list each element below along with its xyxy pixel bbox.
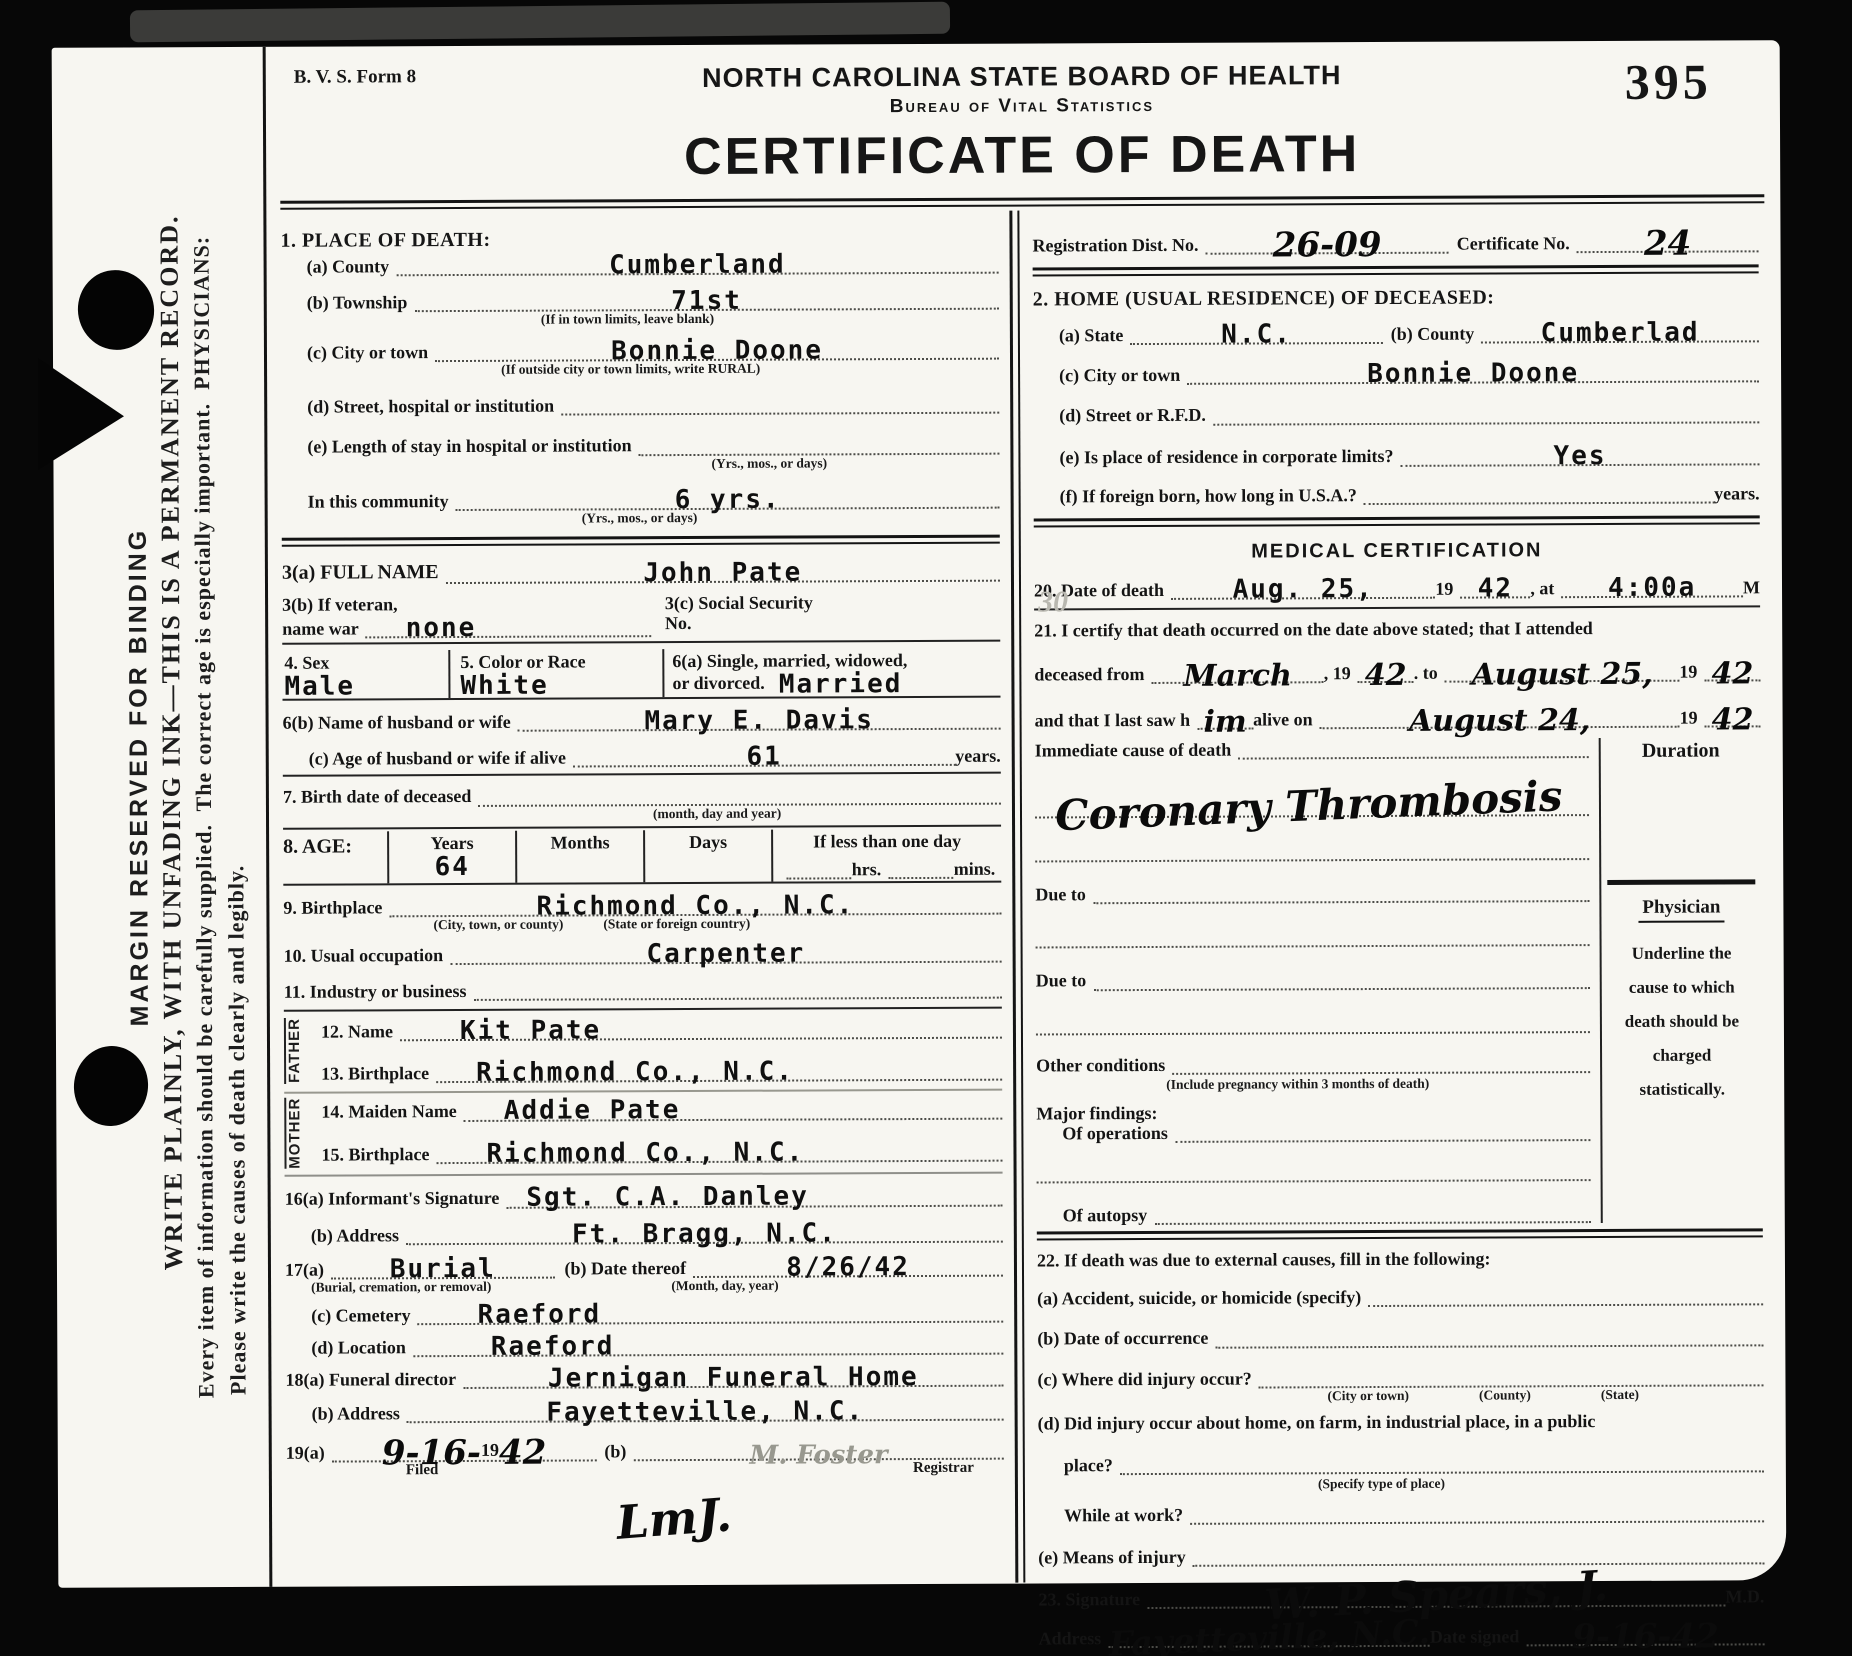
- other-conditions-note: (Include pregnancy within 3 months of de…: [1166, 1075, 1590, 1093]
- age-years-label: Years: [393, 832, 511, 853]
- form-header: B. V. S. Form 8 NORTH CAROLINA STATE BOA…: [280, 48, 1765, 200]
- registration-row: Registration Dist. No. 26-09 Certificate…: [1032, 223, 1758, 255]
- external-d-note: (Specify type of place): [1318, 1474, 1764, 1492]
- death-year-line: 42: [1460, 574, 1530, 598]
- certificate-no-label: Certificate No.: [1457, 233, 1570, 254]
- operations-row: Of operations: [1036, 1121, 1590, 1144]
- informant-row: 16(a) Informant's Signature Sgt. C.A. Da…: [285, 1182, 1003, 1209]
- occupation-label: 10. Usual occupation: [284, 945, 444, 966]
- last-saw-him: im: [1204, 711, 1247, 735]
- location-line: Raeford: [413, 1330, 1004, 1357]
- burial-date-line: 8/26/42: [693, 1252, 1003, 1277]
- full-name-label: 3(a) FULL NAME: [282, 561, 439, 584]
- birthplace-value: Richmond Co., N.C.: [536, 894, 854, 917]
- other-conditions-line: [1172, 1066, 1590, 1075]
- attended-to-value: August 25,: [1471, 663, 1652, 688]
- margin-physicians-text: Every item of information should be care…: [188, 55, 221, 1579]
- external-d-label: (d) Did injury occur about home, on farm…: [1038, 1410, 1764, 1433]
- veteran-label: 3(b) If veteran,: [282, 593, 651, 615]
- means-of-injury-line: [1193, 1558, 1765, 1567]
- ssn-label2: No.: [665, 612, 1000, 634]
- date-of-death-value: Aug. 25,: [1232, 578, 1373, 601]
- attended-from-row: deceased from March , 19 42 . to August …: [1034, 655, 1760, 684]
- street-row: (d) Street, hospital or institution: [281, 394, 999, 417]
- home-city-value: Bonnie Doone: [1367, 362, 1579, 385]
- certificate-no-value: 24: [1644, 231, 1691, 258]
- last-saw-value: August 24,: [1409, 709, 1590, 734]
- last-saw-year-line: 42: [1705, 701, 1761, 727]
- margin-binding-text: MARGIN RESERVED FOR BINDING: [123, 427, 155, 1127]
- spouse-age-value: 61: [746, 746, 781, 768]
- last-saw-label2: alive on: [1253, 709, 1313, 729]
- registration-dist-label: Registration Dist. No.: [1032, 235, 1198, 256]
- spouse-row: 6(b) Name of husband or wife Mary E. Dav…: [283, 706, 1001, 733]
- veteran-value: none: [406, 617, 477, 639]
- birthplace-label: 9. Birthplace: [283, 897, 382, 918]
- last-saw-line: August 24,: [1320, 702, 1680, 730]
- immediate-cause-label: Immediate cause of death: [1035, 740, 1232, 761]
- age-mins-label: mins.: [954, 858, 996, 878]
- spouse-age-label: (c) Age of husband or wife if alive: [283, 748, 566, 769]
- while-at-work-label: While at work?: [1038, 1505, 1183, 1526]
- corporate-label: (e) Is place of residence in corporate l…: [1033, 446, 1393, 468]
- external-heading: 22. If death was due to external causes,…: [1037, 1247, 1763, 1270]
- ssn-label: 3(c) Social Security: [665, 591, 1000, 613]
- father-name-line: Kit Pate: [400, 1015, 1002, 1042]
- sex-value: Male: [284, 675, 442, 698]
- filed-label: 19(a): [286, 1443, 325, 1463]
- last-saw-19: 19: [1680, 707, 1698, 727]
- informant-label: 16(a) Informant's Signature: [285, 1188, 500, 1209]
- external-c-row: (c) Where did injury occur?: [1037, 1366, 1763, 1389]
- external-a-label: (a) Accident, suicide, or homicide (spec…: [1037, 1287, 1361, 1309]
- county-value: Cumberland: [609, 254, 786, 277]
- registrar-sublabel: Registrar: [913, 1460, 974, 1477]
- race-block: 5. Color or Race White: [448, 649, 662, 698]
- physician-label: Physician: [1638, 897, 1724, 923]
- township-row: (b) Township 71st: [281, 286, 999, 313]
- foreign-label: (f) If foreign born, how long in U.S.A.?: [1034, 485, 1357, 507]
- street-line: [561, 407, 999, 416]
- physician-signature-label: 23. Signature: [1038, 1589, 1140, 1610]
- cemetery-row: (c) Cemetery Raeford: [285, 1298, 1003, 1325]
- cause-blank-line3: [1036, 989, 1590, 1035]
- column-divider: [1009, 211, 1025, 1583]
- external-a-row: (a) Accident, suicide, or homicide (spec…: [1037, 1286, 1763, 1309]
- burial-row: 17(a) Burial (b) Date thereof 8/26/42: [285, 1252, 1003, 1279]
- marital-label2: or divorced.: [672, 673, 764, 694]
- cemetery-label: (c) Cemetery: [285, 1305, 411, 1326]
- physician-rule: [1607, 880, 1755, 886]
- home-street-label: (d) Street or R.F.D.: [1033, 405, 1206, 426]
- father-birthplace-value: Richmond Co., N.C.: [476, 1061, 794, 1084]
- section11-rule: [284, 1007, 1002, 1012]
- director-row: 18(a) Funeral director Jernigan Funeral …: [285, 1363, 1003, 1390]
- means-of-injury-label: (e) Means of injury: [1038, 1547, 1186, 1568]
- date-signed-line: 9-16-42: [1526, 1616, 1764, 1646]
- foreign-suffix: years.: [1714, 483, 1760, 503]
- community-note: (Yrs., mos., or days): [582, 508, 1000, 526]
- page-number-stamp: 395: [1625, 53, 1712, 111]
- left-column: 1. PLACE OF DEATH: (a) County Cumberland…: [280, 211, 1010, 1586]
- section3-rule: [282, 640, 1000, 645]
- sex-label: 4. Sex: [284, 652, 442, 673]
- date-signed-handwritten: 9-16-42: [1572, 1623, 1719, 1651]
- cemetery-value: Raeford: [478, 1303, 602, 1326]
- location-row: (d) Location Raeford: [285, 1330, 1003, 1357]
- home-county-line: Cumberlad: [1481, 319, 1759, 344]
- informant-value: Sgt. C.A. Danley: [526, 1186, 809, 1209]
- county-row: (a) County Cumberland: [281, 250, 999, 277]
- age-table: 8. AGE: Years 64 Months Days If less tha…: [283, 828, 1001, 883]
- mother-name-value: Addie Pate: [504, 1100, 681, 1123]
- corporate-row: (e) Is place of residence in corporate l…: [1033, 441, 1759, 468]
- last-saw-him-line: im: [1197, 704, 1253, 730]
- industry-row: 11. Industry or business: [284, 979, 1002, 1002]
- spouse-age-row: (c) Age of husband or wife if alive 61 y…: [283, 742, 1001, 769]
- mother-birthplace-value: Richmond Co., N.C.: [486, 1141, 804, 1164]
- mother-rows: 14. Maiden Name Addie Pate 15. Birthplac…: [311, 1095, 1002, 1169]
- township-value: 71st: [671, 290, 742, 312]
- bureau-title: Bureau of Vital Statistics: [280, 92, 1764, 120]
- last-saw-label: and that I last saw h: [1035, 710, 1191, 731]
- attended-from-line: March: [1151, 657, 1323, 684]
- external-b-line: [1215, 1339, 1763, 1348]
- registrar-initials-handwritten: LmJ.: [615, 1476, 1005, 1541]
- registration-dist-value: 26-09: [1273, 232, 1382, 260]
- age-less-label: If less than one day: [779, 830, 995, 851]
- mother-birthplace-row: 15. Birthplace Richmond Co., N.C.: [321, 1137, 1002, 1164]
- form-columns: 1. PLACE OF DEATH: (a) County Cumberland…: [280, 207, 1770, 1585]
- registrar-signature: M. Foster: [749, 1445, 887, 1466]
- mother-group: MOTHER 14. Maiden Name Addie Pate 15. Bi…: [284, 1089, 1002, 1169]
- place-of-death-heading: 1. PLACE OF DEATH:: [280, 227, 998, 253]
- burial-value: Burial: [390, 1258, 496, 1281]
- veteran-value-row: name war none: [282, 613, 651, 639]
- while-at-work-line: [1190, 1516, 1764, 1526]
- home-street-line: [1213, 416, 1759, 425]
- father-side-tab: FATHER: [284, 1018, 311, 1084]
- informant-address-line: Ft. Bragg, N.C.: [406, 1218, 1003, 1245]
- marital-value: Married: [779, 673, 903, 696]
- pod-city-line: Bonnie Doone: [435, 336, 999, 363]
- section21-rule: [1037, 1228, 1763, 1240]
- mother-birthplace-line: Richmond Co., N.C.: [436, 1137, 1002, 1164]
- immediate-cause-row: Immediate cause of death: [1035, 738, 1589, 761]
- mother-name-row: 14. Maiden Name Addie Pate: [321, 1095, 1002, 1122]
- registrar-line: M. Foster: [633, 1437, 1004, 1461]
- age-label-cell: 8. AGE:: [283, 831, 387, 884]
- duration-label: Duration: [1642, 740, 1720, 763]
- due-to-label2: Due to: [1036, 971, 1087, 991]
- stay-note: (Yrs., mos., or days): [711, 454, 999, 471]
- while-at-work-row: While at work?: [1038, 1502, 1764, 1525]
- industry-line: [474, 992, 1002, 1001]
- stay-label: (e) Length of stay in hospital or instit…: [281, 436, 631, 458]
- marital-value-row: or divorced. Married: [672, 670, 994, 693]
- external-c-note2: (County): [1479, 1387, 1531, 1403]
- age-hrs-mins-row: hrs. mins.: [779, 858, 995, 879]
- underline-note: Underline the cause to which death shoul…: [1612, 937, 1753, 1108]
- last-saw-row: and that I last saw h im alive on August…: [1035, 701, 1761, 730]
- birth-date-row: 7. Birth date of deceased: [283, 784, 1001, 807]
- street-label: (d) Street, hospital or institution: [281, 396, 554, 417]
- pod-city-label: (c) City or town: [281, 342, 428, 363]
- due-to-row2: Due to: [1036, 968, 1590, 991]
- filed-line: 9-16-1942: [332, 1433, 597, 1463]
- death-time-value: 4:00a: [1608, 576, 1696, 598]
- certificate-form: B. V. S. Form 8 NORTH CAROLINA STATE BOA…: [266, 40, 1787, 1587]
- community-label: In this community: [282, 491, 449, 512]
- home-state-label: (a) State: [1033, 325, 1124, 346]
- external-b-label: (b) Date of occurrence: [1037, 1328, 1208, 1349]
- home-county-value: Cumberlad: [1541, 322, 1700, 345]
- community-row: In this community 6 yrs.: [282, 484, 1000, 511]
- photo-top-smear: [130, 2, 950, 43]
- cause-duration-block: Immediate cause of death Coronary Thromb…: [1035, 737, 1763, 1225]
- age-years-value: 64: [393, 856, 511, 879]
- race-label: 5. Color or Race: [460, 651, 656, 672]
- stay-row: (e) Length of stay in hospital or instit…: [281, 434, 999, 457]
- section6-rule: [283, 772, 1001, 777]
- physician-address-row: Address Fayetteville, N.C. Date signed 9…: [1039, 1616, 1765, 1648]
- external-a-line: [1368, 1299, 1763, 1308]
- physician-address-label: Address: [1039, 1628, 1102, 1648]
- spouse-label: 6(b) Name of husband or wife: [283, 712, 511, 733]
- filed-row: 19(a) 9-16-1942 (b) M. Foster: [286, 1431, 1004, 1463]
- margin-permanent-record-text: WRITE PLAINLY, WITH UNFADING INK—THIS IS…: [154, 77, 190, 1407]
- external-d-label2: place?: [1038, 1455, 1113, 1475]
- full-name-value: John Pate: [643, 561, 802, 584]
- medical-heading-wrap: 30 MEDICAL CERTIFICATION: [1034, 538, 1760, 564]
- physician-address-line: Fayetteville, N.C.: [1108, 1618, 1430, 1649]
- director-address-line: Fayetteville, N.C.: [407, 1397, 1004, 1424]
- age-mins-line: [888, 872, 954, 879]
- location-value: Raeford: [491, 1335, 615, 1358]
- death-m-label: M: [1743, 577, 1760, 597]
- age-months-label: Months: [521, 832, 639, 853]
- race-value: White: [460, 674, 656, 697]
- filed-date-handwritten: 9-16-: [382, 1440, 481, 1468]
- pod-city-value: Bonnie Doone: [611, 340, 823, 363]
- filed-year-printed: 19: [481, 1440, 499, 1460]
- other-conditions-label: Other conditions: [1036, 1054, 1165, 1075]
- corporate-value: Yes: [1553, 445, 1606, 467]
- section1-rule: [282, 534, 1000, 546]
- home-city-row: (c) City or town Bonnie Doone: [1033, 359, 1759, 386]
- mother-birthplace-label: 15. Birthplace: [321, 1144, 429, 1165]
- birth-date-label: 7. Birth date of deceased: [283, 786, 472, 807]
- home-city-label: (c) City or town: [1033, 365, 1180, 386]
- birthplace-row: 9. Birthplace Richmond Co., N.C.: [283, 891, 1001, 918]
- cemetery-line: Raeford: [418, 1298, 1004, 1325]
- last-saw-year: 42: [1712, 708, 1754, 732]
- external-b-row: (b) Date of occurrence: [1037, 1326, 1763, 1349]
- external-d-row2: place?: [1038, 1452, 1764, 1475]
- burial-date-label: (b) Date thereof: [564, 1258, 686, 1279]
- filed-year-handwritten: 42: [499, 1440, 546, 1467]
- burial-date-value: 8/26/42: [786, 1256, 910, 1279]
- certify-text: 21. I certify that death occurred on the…: [1034, 617, 1760, 640]
- foreign-row: (f) If foreign born, how long in U.S.A.?…: [1034, 483, 1760, 506]
- home-rule: [1034, 515, 1760, 527]
- veteran-line: none: [366, 613, 651, 638]
- home-heading: 2. HOME (USUAL RESIDENCE) OF DECEASED:: [1033, 286, 1759, 312]
- physician-address-handwritten: Fayetteville, N.C.: [1108, 1619, 1430, 1656]
- age-hrs-label: hrs.: [852, 859, 882, 879]
- marital-label: 6(a) Single, married, widowed,: [672, 650, 994, 672]
- spouse-age-suffix: years.: [955, 746, 1001, 766]
- community-value: 6 yrs.: [675, 488, 781, 511]
- attended-comma19a: , 19: [1324, 663, 1351, 683]
- attended-from-year: 42: [1365, 664, 1407, 688]
- director-value: Jernigan Funeral Home: [548, 1366, 919, 1390]
- cause-blank-line2: [1035, 902, 1589, 948]
- other-conditions-row: Other conditions: [1036, 1053, 1590, 1076]
- mother-name-line: Addie Pate: [464, 1095, 1003, 1121]
- registration-dist-line: 26-09: [1205, 225, 1448, 255]
- spouse-line: Mary E. Davis: [518, 706, 1001, 732]
- death-time-line: 4:00a: [1561, 573, 1743, 598]
- father-name-value: Kit Pate: [460, 1020, 601, 1043]
- mother-side-tab: MOTHER: [284, 1098, 311, 1169]
- external-c-note1: (City or town): [1328, 1388, 1410, 1404]
- certificate-title: CERTIFICATE OF DEATH: [280, 122, 1764, 188]
- attended-from-value: March: [1183, 664, 1292, 688]
- burial-label: 17(a): [285, 1259, 324, 1279]
- cause-hw-line: Coronary Thrombosis: [1035, 758, 1589, 818]
- operations-blank-line: [1036, 1141, 1590, 1183]
- director-label: 18(a) Funeral director: [285, 1369, 456, 1390]
- home-city-line: Bonnie Doone: [1187, 359, 1759, 386]
- attended-to-label: . to: [1414, 663, 1438, 683]
- autopsy-row: Of autopsy: [1037, 1203, 1591, 1226]
- veteran-label2: name war: [282, 618, 359, 638]
- informant-address-label: (b) Address: [285, 1225, 399, 1246]
- filed-b-label: (b): [604, 1441, 626, 1461]
- cause-block: Immediate cause of death Coronary Thromb…: [1035, 738, 1601, 1226]
- father-birthplace-row: 13. Birthplace Richmond Co., N.C.: [321, 1057, 1002, 1084]
- community-line: 6 yrs.: [456, 484, 1000, 510]
- major-findings-label: Major findings:: [1036, 1101, 1590, 1124]
- veteran-block: 3(b) If veteran, name war none: [282, 593, 651, 639]
- occupation-row: 10. Usual occupation Carpenter: [284, 939, 1002, 966]
- father-rows: 12. Name Kit Pate 13. Birthplace Richmon…: [311, 1015, 1002, 1084]
- father-name-row: 12. Name Kit Pate: [321, 1015, 1002, 1042]
- sex-race-marital-row: 4. Sex Male 5. Color or Race White 6(a) …: [282, 648, 1000, 699]
- occupation-line: Carpenter: [450, 939, 1002, 965]
- external-d-line: [1120, 1465, 1764, 1475]
- burial-date-note: (Month, day, year): [671, 1277, 778, 1293]
- sex-block: 4. Sex Male: [282, 650, 448, 699]
- attended-from-label: deceased from: [1034, 664, 1144, 685]
- township-label: (b) Township: [281, 292, 408, 313]
- age-label: 8. AGE:: [283, 835, 352, 857]
- spouse-value: Mary E. Davis: [644, 709, 874, 732]
- township-note: (If in town limits, leave blank): [541, 310, 999, 328]
- father-name-label: 12. Name: [321, 1022, 393, 1042]
- physician-signature-line: W. P. Spears, J.: [1147, 1571, 1725, 1609]
- attended-to-year: 42: [1711, 662, 1753, 686]
- father-group: FATHER 12. Name Kit Pate 13. Birthplace …: [284, 1015, 1002, 1084]
- md-label: M.D.: [1725, 1586, 1764, 1606]
- certificate-no-line: 24: [1577, 223, 1759, 253]
- external-c-note3: (State): [1601, 1387, 1639, 1403]
- occupation-value: Carpenter: [646, 943, 805, 966]
- date-of-death-row: 20. Date of death Aug. 25, 19 42 , at 4:…: [1034, 573, 1760, 600]
- director-address-row: (b) Address Fayetteville, N.C.: [286, 1397, 1004, 1424]
- autopsy-line: [1154, 1216, 1591, 1225]
- attended-to-line: August 25,: [1445, 656, 1680, 683]
- informant-line: Sgt. C.A. Danley: [506, 1182, 1002, 1208]
- spouse-age-line: 61: [573, 742, 955, 768]
- age-months-cell: Months: [515, 830, 643, 883]
- means-of-injury-row: (e) Means of injury: [1038, 1545, 1764, 1568]
- father-birthplace-line: Richmond Co., N.C.: [436, 1057, 1002, 1084]
- location-label: (d) Location: [285, 1337, 406, 1358]
- informant-address-value: Ft. Bragg, N.C.: [572, 1222, 837, 1245]
- physician-signature-handwritten: W. P. Spears, J.: [1264, 1569, 1609, 1622]
- full-name-row: 3(a) FULL NAME John Pate: [282, 557, 1000, 584]
- ssn-block: 3(c) Social Security No.: [651, 591, 1000, 633]
- home-state-line: N.C.: [1130, 320, 1382, 345]
- director-address-value: Fayetteville, N.C.: [546, 1400, 864, 1423]
- father-birthplace-label: 13. Birthplace: [321, 1063, 429, 1084]
- death-year-value: 42: [1478, 577, 1513, 599]
- industry-label: 11. Industry or business: [284, 981, 467, 1002]
- board-title: NORTH CAROLINA STATE BOARD OF HEALTH: [280, 58, 1764, 95]
- county-label: (a) County: [281, 256, 390, 277]
- corporate-line: Yes: [1400, 441, 1759, 467]
- birth-date-note: (month, day and year): [653, 804, 1001, 822]
- external-c-label: (c) Where did injury occur?: [1037, 1368, 1251, 1389]
- attended-to-year-line: 42: [1704, 655, 1760, 681]
- age-years-cell: Years 64: [387, 830, 515, 883]
- informant-address-row: (b) Address Ft. Bragg, N.C.: [285, 1218, 1003, 1245]
- age-hrs-line: [786, 872, 852, 879]
- veteran-ssn-row: 3(b) If veteran, name war none 3(c) Soci…: [282, 591, 1000, 638]
- home-county-label: (b) County: [1391, 324, 1475, 345]
- medical-certification-heading: MEDICAL CERTIFICATION: [1034, 538, 1760, 564]
- operations-label: Of operations: [1036, 1123, 1168, 1144]
- home-state-value: N.C.: [1221, 324, 1292, 346]
- foreign-line: [1364, 496, 1714, 505]
- mother-name-label: 14. Maiden Name: [321, 1101, 457, 1122]
- home-street-row: (d) Street or R.F.D.: [1033, 403, 1759, 426]
- due-to-row1: Due to: [1035, 882, 1589, 905]
- home-state-county-row: (a) State N.C. (b) County Cumberlad: [1033, 319, 1759, 346]
- date-signed-label: Date signed: [1430, 1626, 1520, 1647]
- burial-line: Burial: [331, 1254, 555, 1279]
- attended-from-year-line: 42: [1358, 657, 1414, 683]
- right-column: Registration Dist. No. 26-09 Certificate…: [1024, 207, 1770, 1582]
- county-line: Cumberland: [396, 250, 999, 277]
- pencil-mark: 30: [1038, 585, 1068, 619]
- pod-city-row: (c) City or town Bonnie Doone: [281, 336, 999, 363]
- birthplace-line: Richmond Co., N.C.: [389, 891, 1001, 918]
- full-name-line: John Pate: [446, 557, 1000, 584]
- age-days-label: Days: [649, 831, 767, 852]
- margin-causes-text: Please write the causes of death clearly…: [222, 677, 252, 1583]
- section20-rule: [1034, 605, 1760, 610]
- director-address-label: (b) Address: [286, 1403, 400, 1424]
- duration-column: Duration Physician Underline the cause t…: [1599, 737, 1763, 1223]
- death-year-printed: 19: [1435, 578, 1453, 598]
- director-line: Jernigan Funeral Home: [463, 1363, 1003, 1389]
- physician-signature-row: 23. Signature W. P. Spears, J. M.D.: [1038, 1571, 1764, 1610]
- autopsy-label: Of autopsy: [1037, 1205, 1148, 1226]
- marital-block: 6(a) Single, married, widowed, or divorc…: [662, 648, 1000, 698]
